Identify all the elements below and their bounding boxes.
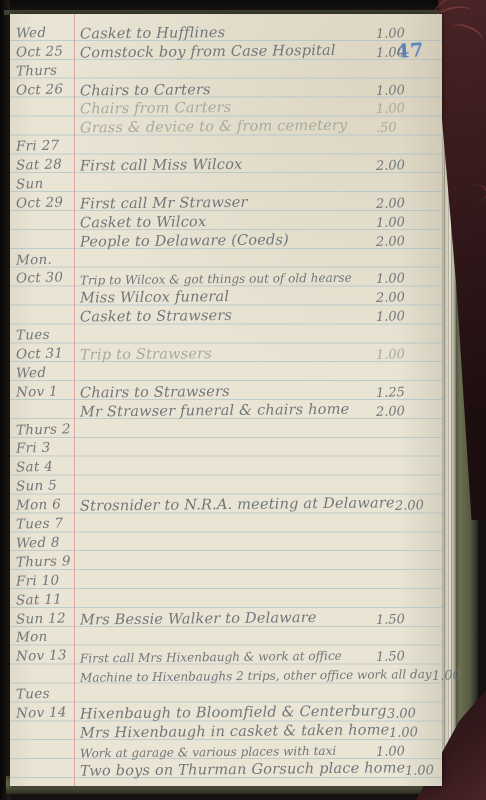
ledger-row: Fri 27 [10, 135, 436, 154]
ledger-row: People to Delaware (Coeds) 2.00 [10, 230, 436, 249]
amount-cell: 2.00 [395, 497, 455, 514]
date-cell: Sun 5 [10, 477, 72, 495]
ledger-row: Chairs from Carters 1.00 [10, 98, 436, 117]
date-cell: Mon. [10, 251, 72, 269]
amount-cell: 1.00 [376, 214, 436, 231]
date-cell: Oct 31 [10, 345, 72, 363]
ledger-row: Casket to Wilcox 1.00 [10, 211, 436, 230]
date-cell: Oct 25 [10, 43, 72, 61]
ledger-page: 47 Wed Casket to Hufflines 1.00 Oct 25 C… [10, 14, 442, 786]
ledger-row: Nov 1 Chairs to Strawsers 1.25 [10, 381, 436, 400]
entry-text: Trip to Wilcox & got things out of old h… [72, 271, 376, 288]
ledger-row: Work at garage & various places with tax… [10, 740, 436, 759]
photo-dark-edge-left [0, 0, 10, 800]
ledger-row: Grass & device to & from cemetery .50 [10, 116, 436, 135]
ledger-row: Miss Wilcox funeral 2.00 [10, 286, 436, 305]
ledger-row: Oct 29 First call Mr Strawser 2.00 [10, 192, 436, 211]
ledger-row: Nov 13 First call Mrs Hixenbaugh & work … [10, 645, 436, 664]
amount-cell: 1.50 [376, 648, 436, 665]
ledger-row: Wed Casket to Hufflines 1.00 [10, 22, 436, 41]
date-cell: Mon 6 [10, 496, 72, 514]
entry-text: Mrs Hixenbaugh in casket & taken home [72, 722, 390, 741]
ledger-row: Oct 26 Chairs to Carters 1.00 [10, 79, 436, 98]
ledger-entries: Wed Casket to Hufflines 1.00 Oct 25 Coms… [10, 22, 436, 778]
date-cell: Sat 11 [10, 591, 72, 609]
entry-text: Casket to Wilcox [72, 212, 376, 231]
date-cell: Thurs 2 [10, 421, 72, 439]
entry-text: First call Mr Strawser [72, 193, 376, 212]
ledger-row: Mon. [10, 249, 436, 268]
date-cell: Wed 8 [10, 534, 72, 552]
amount-cell: 3.00 [387, 705, 447, 722]
ledger-row: Wed 8 [10, 532, 436, 551]
daybook-photo: 47 Wed Casket to Hufflines 1.00 Oct 25 C… [0, 0, 486, 800]
entry-text: Work at garage & various places with tax… [72, 743, 376, 760]
ledger-row: Sat 4 [10, 456, 436, 475]
ledger-row: Mon [10, 627, 436, 646]
amount-cell: 1.00 [376, 270, 436, 287]
amount-cell: 2.00 [376, 233, 436, 250]
entry-text: Two boys on Thurman Gorsuch place home [72, 760, 406, 779]
date-cell: Tues [10, 326, 72, 344]
ledger-row: Two boys on Thurman Gorsuch place home 1… [10, 759, 436, 778]
ledger-row: Tues [10, 683, 436, 702]
amount-cell: 1.00 [376, 743, 436, 760]
ledger-row: Oct 30 Trip to Wilcox & got things out o… [10, 268, 436, 287]
entry-text: Chairs to Strawsers [72, 382, 376, 401]
ledger-row: Sun 5 [10, 475, 436, 494]
entry-text: Comstock boy from Case Hospital [72, 42, 376, 61]
amount-cell: 2.00 [376, 195, 436, 212]
date-cell: Oct 29 [10, 194, 72, 212]
date-cell: Fri 3 [10, 440, 72, 458]
entry-text: Trip to Strawsers [72, 344, 376, 363]
ledger-row: Sun [10, 173, 436, 192]
ledger-row: Tues [10, 324, 436, 343]
amount-cell: 1.00 [389, 724, 449, 741]
date-cell: Sat 4 [10, 459, 72, 477]
entry-text: Chairs from Carters [72, 99, 376, 118]
amount-cell: 1.00 [431, 667, 486, 684]
entry-text: First call Mrs Hixenbaugh & work at offi… [72, 649, 376, 666]
amount-cell: 1.25 [376, 384, 436, 401]
ledger-row: Sun 12 Mrs Bessie Walker to Delaware 1.5… [10, 608, 436, 627]
ledger-row: Oct 31 Trip to Strawsers 1.00 [10, 343, 436, 362]
ledger-row: Mrs Hixenbaugh in casket & taken home 1.… [10, 721, 436, 740]
date-cell: Nov 14 [10, 704, 72, 722]
date-cell: Sun 12 [10, 610, 72, 628]
ledger-row: Sat 11 [10, 589, 436, 608]
date-cell: Oct 26 [10, 81, 72, 99]
amount-cell: 2.00 [376, 403, 436, 420]
date-cell: Thurs 9 [10, 553, 72, 571]
entry-text: Hixenbaugh to Bloomfield & Centerburg [72, 703, 387, 722]
amount-cell: 1.00 [405, 762, 465, 779]
amount-cell: 1.00 [376, 82, 436, 99]
date-cell: Wed [10, 364, 72, 382]
date-cell: Fri 27 [10, 137, 72, 155]
date-cell: Nov 1 [10, 383, 72, 401]
ledger-row: Thurs 2 [10, 419, 436, 438]
ledger-row: Sat 28 First call Miss Wilcox 2.00 [10, 154, 436, 173]
entry-text: First call Miss Wilcox [72, 156, 376, 175]
amount-cell: 1.00 [376, 308, 436, 325]
entry-text: Mr Strawser funeral & chairs home [72, 401, 376, 420]
date-cell: Fri 10 [10, 572, 72, 590]
ledger-row: Thurs [10, 60, 436, 79]
amount-cell: 1.00 [376, 25, 436, 42]
amount-cell: 1.00 [376, 100, 436, 117]
ledger-row: Machine to Hixenbaughs 2 trips, other of… [10, 664, 436, 683]
ledger-row: Tues 7 [10, 513, 436, 532]
date-cell: Tues [10, 685, 72, 703]
date-cell: Wed [10, 24, 72, 42]
entry-text: Grass & device to & from cemetery [72, 118, 376, 137]
ledger-row: Wed [10, 362, 436, 381]
date-cell: Sun [10, 175, 72, 193]
entry-text: Casket to Strawsers [72, 307, 376, 326]
entry-text: Miss Wilcox funeral [72, 288, 376, 307]
ledger-row: Mr Strawser funeral & chairs home 2.00 [10, 400, 436, 419]
date-cell: Nov 13 [10, 647, 72, 665]
ledger-row: Fri 3 [10, 438, 436, 457]
amount-cell: 1.00 [376, 346, 436, 363]
amount-cell: 2.00 [376, 157, 436, 174]
date-cell: Mon [10, 629, 72, 647]
date-cell: Thurs [10, 62, 72, 80]
amount-cell: 1.50 [376, 610, 436, 627]
amount-cell: .50 [376, 119, 436, 136]
ledger-row: Fri 10 [10, 570, 436, 589]
ledger-row: Casket to Strawsers 1.00 [10, 305, 436, 324]
amount-cell: 1.00 [376, 44, 436, 61]
date-cell: Tues 7 [10, 515, 72, 533]
ledger-row: Thurs 9 [10, 551, 436, 570]
entry-text: Mrs Bessie Walker to Delaware [72, 609, 376, 628]
date-cell: Oct 30 [10, 270, 72, 288]
ledger-row: Mon 6 Strosnider to N.R.A. meeting at De… [10, 494, 436, 513]
ledger-row: Oct 25 Comstock boy from Case Hospital 1… [10, 41, 436, 60]
entry-text: Chairs to Carters [72, 80, 376, 99]
amount-cell: 2.00 [376, 289, 436, 306]
ledger-row: Nov 14 Hixenbaugh to Bloomfield & Center… [10, 702, 436, 721]
entry-text: Strosnider to N.R.A. meeting at Delaware [72, 495, 395, 514]
entry-text: People to Delaware (Coeds) [72, 231, 376, 250]
date-cell: Sat 28 [10, 156, 72, 174]
entry-text: Casket to Hufflines [72, 23, 376, 42]
